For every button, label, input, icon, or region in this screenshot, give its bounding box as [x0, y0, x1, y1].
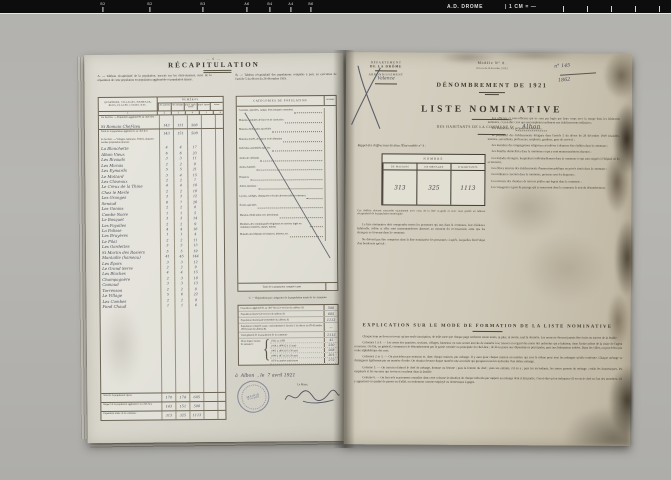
dot-leader: [272, 129, 322, 133]
tick-mark-icon: [269, 7, 270, 12]
table-b-comptee-a-part: CATÉGORIES DE POPULATION NOMBRE Casernes…: [236, 95, 339, 292]
dot-leader: [250, 177, 323, 181]
ruler-tick: A6: [244, 1, 249, 12]
scale-ruler: B2 B2 B3 A6 B4: [0, 0, 671, 13]
mayor-signature: [283, 387, 341, 406]
explication-title: EXPLICATION SUR LE MODE DE FORMATION DE …: [355, 323, 621, 330]
table-b-value-col: NOMBRE: [324, 96, 336, 105]
explication-paragraph: Colonnes 1 à 4. — Les noms des quartiers…: [354, 340, 622, 354]
nombre-box-caption: Ces chiffres doivent concorder exactemen…: [357, 209, 485, 217]
tick-mark-icon: [563, 6, 564, 12]
exclusion-paragraph: Les militaires casernés dans la commune,…: [487, 173, 619, 178]
tick-mark-icon: [587, 6, 588, 12]
column-header: des maisons: [158, 103, 171, 110]
explication-paragraphs: Chaque nom ne devra recevoir qu'une seul…: [354, 334, 622, 387]
exclusion-paragraph: Les familles domiciliées dans la commune…: [488, 150, 620, 155]
tick-label: A6: [244, 1, 249, 6]
nombre-column-header: DE MÉNAGES: [416, 164, 450, 170]
category-row: Malades des hôpitaux et hospices, détenu…: [238, 231, 337, 241]
dateline: àAlbon, le7 avril 1921: [235, 373, 345, 379]
ruler-tick: B2: [100, 1, 105, 12]
exclusion-paragraph: Les élèves internes des établissements d…: [487, 167, 619, 172]
dot-leader: [258, 205, 323, 209]
tick-mark-icon: [635, 6, 636, 12]
table-a-total-rows: Total de la population éparse 170 174 60…: [101, 392, 225, 420]
tick-mark-icon: [202, 7, 203, 12]
exclusion-paragraph: Les membres des congrégations religieuse…: [488, 144, 620, 149]
dot-leader: [310, 224, 323, 227]
dot-leader: [283, 139, 322, 142]
tick-label: B6: [308, 1, 313, 6]
tick-label: B3: [200, 1, 205, 6]
column-header: totaux: [210, 103, 223, 110]
nombre-column-header: DE MAISONS: [382, 163, 416, 169]
tick-mark-icon: [611, 6, 612, 12]
tick-label: A4: [288, 1, 293, 6]
table-c-rows: Population agglomérée au chef-lieu (1re …: [239, 305, 338, 339]
nombre-value: 325: [416, 171, 450, 205]
table-b-total-row: Total de la population comptée à part: [238, 282, 337, 291]
dot-leader: [279, 215, 322, 218]
rappel-label: Rappel des chiffres inscrits dans l'État…: [358, 144, 486, 149]
left-column-paragraphs: La liste nominative doit comprendre tout…: [357, 223, 485, 249]
tick-mark-icon: [290, 7, 291, 12]
model-subnote: (Décret du 28 décembre 1919.): [424, 66, 560, 70]
annotation-rule: [560, 72, 596, 75]
explication-rule: [472, 331, 502, 332]
table-c-repartition: Population agglomérée au chef-lieu (1re …: [237, 304, 339, 365]
table-a-body: 1re Section. — Population agglomérée au …: [99, 115, 226, 420]
stamp-inner-ring: [238, 381, 268, 411]
tick-label: B2: [100, 1, 105, 6]
table-a-header: QUARTIERS, VILLAGES, HAMEAUX, RUES, PLAC…: [99, 97, 223, 112]
exclusion-paragraph: Le personnel des établissements désignés…: [488, 134, 620, 142]
scale-label: | 1 CM = —: [505, 4, 536, 10]
dot-leader: [258, 186, 322, 190]
table-b-title: CATÉGORIES DE POPULATION: [237, 96, 324, 106]
maire-label: Le Maire,: [297, 383, 337, 386]
exclusion-paragraph: Les officiers et sous-officiers qui ne s…: [488, 117, 620, 125]
explication-paragraph: Colonne 6. — On fera très exactement con…: [354, 375, 622, 385]
archival-annotation-top: n° 145: [554, 61, 618, 70]
table-a-filler: [101, 308, 226, 393]
nombre-value: 313: [382, 170, 416, 204]
section-c-title: C. — Répartition par catégories de la po…: [234, 296, 341, 300]
table-a-header-right: NUMÉROS des maisonsdes ménagespopul. agg…: [157, 97, 223, 111]
mairie-stamp-icon: MAIRIE D'ALBON: [234, 377, 273, 416]
left-page-recapitulation: — 6 — RÉCAPITULATION A. — Tableau récapi…: [84, 53, 346, 443]
dot-leader: [294, 110, 322, 113]
ruler-tick: B3: [200, 1, 205, 12]
table-b-rows: Casernes, quartiers, camps, forts (troup…: [237, 108, 337, 242]
archive-label: A.D. DROME: [447, 4, 483, 10]
total-row: Population totale de la commune 313 325 …: [101, 410, 225, 420]
tick-mark-icon: [246, 7, 247, 12]
tick-mark-icon: [149, 7, 150, 12]
exclusion-paragraph: Les malades étrangers, hospitalisés indi…: [488, 157, 620, 165]
dot-leader: [260, 158, 322, 162]
birth-year-row: 1870 et années antérieures 272: [270, 358, 338, 364]
birth-year-rows: 1921 ou 1920 42 1919 à 1906 (2 à 15 ans)…: [270, 338, 338, 364]
instruction-paragraph: La liste nominative doit comprendre tout…: [357, 223, 485, 235]
title-rule: [479, 92, 505, 93]
birth-year-breakdown: Dont, d'après l'année de naissance : { 1…: [239, 338, 338, 364]
nombre-column-header: D'HABITANTS: [450, 164, 484, 170]
column-header: popul. agglo- mérée: [184, 103, 197, 110]
dot-leader: [306, 196, 322, 199]
right-column-paragraphs: Les officiers et sous-officiers qui ne s…: [487, 117, 619, 194]
explication-paragraph: Colonne 5. — On inscrira d'abord le chef…: [354, 365, 622, 375]
dot-leader: [272, 148, 322, 152]
instruction-paragraph: Ne doivent pas être comprises dans la li…: [357, 238, 485, 247]
dot-leader: [284, 120, 322, 123]
ruler-tick: B2: [147, 1, 152, 12]
ruler-underline: [0, 13, 671, 14]
ruler-tick: B6: [308, 1, 313, 12]
hamlet-rows: La Blanchette 4 4 17 Albon Vieux 6 6: [99, 145, 224, 309]
exclusion-paragraph: Les ouvriers des chantiers de travaux pu…: [487, 180, 619, 185]
explication-paragraph: Chaque nom ne devra recevoir qu'une seul…: [354, 334, 622, 340]
exclusion-paragraph: Les aumôniers, les préposés des douanes …: [488, 127, 620, 132]
explication-paragraph: Colonnes 2 et 3. — On procédera par mais…: [354, 355, 622, 365]
table-a-header-label: QUARTIERS, VILLAGES, HAMEAUX, RUES, PLAC…: [99, 98, 157, 111]
model-number: Modèle N° 8.: [424, 61, 560, 66]
right-page-liste-nominative: DÉPARTEMENT DE LA DRÔME ARRONDISSEMENT V…: [344, 52, 632, 446]
brace-glyph: {: [263, 330, 271, 373]
tick-label: B2: [147, 1, 152, 6]
nombre-box-values: 3133251113: [382, 170, 484, 205]
nombre-box: NOMBRE DE MAISONSDE MÉNAGESD'HABITANTS 3…: [381, 153, 485, 206]
intro-paragraph-a: A. — Tableau récapitulatif de la populat…: [97, 74, 211, 83]
scanned-census-register-spread: B2 B2 B3 A6 B4: [0, 0, 671, 480]
liste-nominative-title: LISTE NOMINATIVE: [371, 104, 613, 115]
intro-paragraph-b: B. — Tableau récapitulatif des populatio…: [235, 73, 336, 81]
tick-label: B4: [267, 1, 272, 6]
tick-mark-icon: [659, 6, 660, 12]
tick-mark-icon: [102, 7, 103, 12]
exclusion-paragraph: Les voyageurs et gens de passage qui se …: [487, 186, 619, 191]
column-header: des ménages: [171, 103, 184, 110]
dot-leader: [290, 234, 323, 237]
title-rule: [485, 94, 499, 95]
ruler-tick: B4: [267, 1, 272, 12]
column-header: popul. éparse: [197, 103, 210, 110]
table-a-population: QUARTIERS, VILLAGES, HAMEAUX, RUES, PLAC…: [98, 96, 227, 421]
table-a-column-headers: des maisonsdes ménagespopul. agglo- méré…: [158, 103, 223, 111]
dot-leader: [256, 167, 322, 171]
table-b-body: Casernes, quartiers, camps, forts (troup…: [237, 106, 338, 283]
nombre-value: 1113: [450, 171, 484, 205]
handwritten-x-mark: [346, 62, 392, 132]
ruler-tick: A4: [288, 1, 293, 12]
tick-mark-icon: [310, 7, 311, 12]
